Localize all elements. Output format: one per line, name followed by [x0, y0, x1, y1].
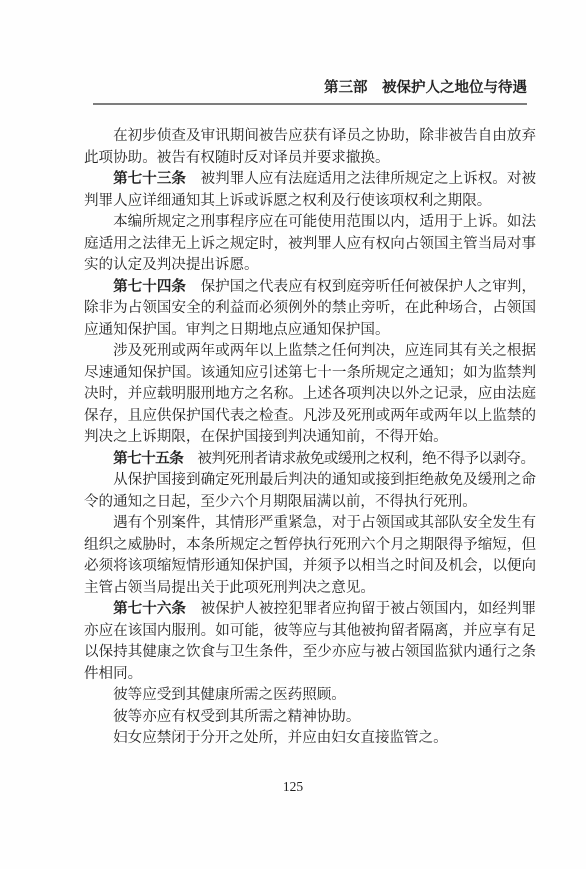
paragraph: 第七十六条 被保护人被控犯罪者应拘留于被占领国内，如经判罪亦应在该国内服刑。如可…	[84, 599, 536, 685]
paragraph: 涉及死刑或两年或两年以上监禁之任何判决，应连同其有关之根据尽速通知保护国。该通知…	[84, 341, 536, 449]
article-number: 第七十三条	[113, 171, 186, 187]
paragraph-text: 涉及死刑或两年或两年以上监禁之任何判决，应连同其有关之根据尽速通知保护国。该通知…	[84, 343, 536, 445]
paragraph: 第七十三条 被判罪人应有法庭适用之法律所规定之上诉权。对被判罪人应详细通知其上诉…	[84, 169, 536, 212]
paragraph-text: 遇有个别案件，其情形严重紧急，对于占领国或其部队安全发生有组织之威胁时，本条所规…	[84, 515, 536, 596]
running-head-title: 第三部 被保护人之地位与待遇	[93, 80, 527, 97]
paragraph: 从保护国接到确定死刑最后判决的通知或接到拒绝赦免及缓刑之命令的通知之日起，至少六…	[84, 470, 536, 513]
paragraph: 第七十四条 保护国之代表应有权到庭旁听任何被保护人之审判，除非为占领国安全的利益…	[84, 277, 536, 342]
header-rule-divider	[93, 103, 527, 105]
paragraph: 彼等应受到其健康所需之医药照顾。	[84, 685, 536, 707]
paragraph-text: 被判死刑者请求赦免或缓刑之权利，绝不得予以剥夺。	[183, 451, 534, 467]
paragraph-text: 妇女应禁闭于分开之处所，并应由妇女直接监管之。	[113, 730, 448, 746]
paragraph-text: 从保护国接到确定死刑最后判决的通知或接到拒绝赦免及缓刑之命令的通知之日起，至少六…	[84, 472, 536, 510]
article-number: 第七十五条	[113, 451, 183, 467]
page-number: 125	[0, 779, 586, 795]
paragraph-text: 本编所规定之刑事程序应在可能使用范围以内，适用于上诉。如法庭适用之法律无上诉之规…	[84, 214, 536, 273]
article-number: 第七十六条	[113, 601, 186, 617]
paragraph: 在初步侦查及审讯期间被告应获有译员之协助，除非被告自由放弃此项协助。被告有权随时…	[84, 126, 536, 169]
paragraph: 本编所规定之刑事程序应在可能使用范围以内，适用于上诉。如法庭适用之法律无上诉之规…	[84, 212, 536, 277]
paragraph: 妇女应禁闭于分开之处所，并应由妇女直接监管之。	[84, 728, 536, 750]
paragraph-text: 在初步侦查及审讯期间被告应获有译员之协助，除非被告自由放弃此项协助。被告有权随时…	[84, 128, 536, 166]
document-page: { "header": { "running_title": "第三部 被保护人…	[0, 0, 586, 869]
body-text: 在初步侦查及审讯期间被告应获有译员之协助，除非被告自由放弃此项协助。被告有权随时…	[84, 126, 536, 750]
paragraph-text: 彼等应受到其健康所需之医药照顾。	[113, 687, 346, 703]
paragraph: 第七十五条 被判死刑者请求赦免或缓刑之权利，绝不得予以剥夺。	[84, 449, 536, 471]
paragraph-text: 彼等亦应有权受到其所需之精神协助。	[113, 709, 360, 725]
paragraph: 彼等亦应有权受到其所需之精神协助。	[84, 707, 536, 729]
paragraph: 遇有个别案件，其情形严重紧急，对于占领国或其部队安全发生有组织之威胁时，本条所规…	[84, 513, 536, 599]
article-number: 第七十四条	[113, 279, 186, 295]
